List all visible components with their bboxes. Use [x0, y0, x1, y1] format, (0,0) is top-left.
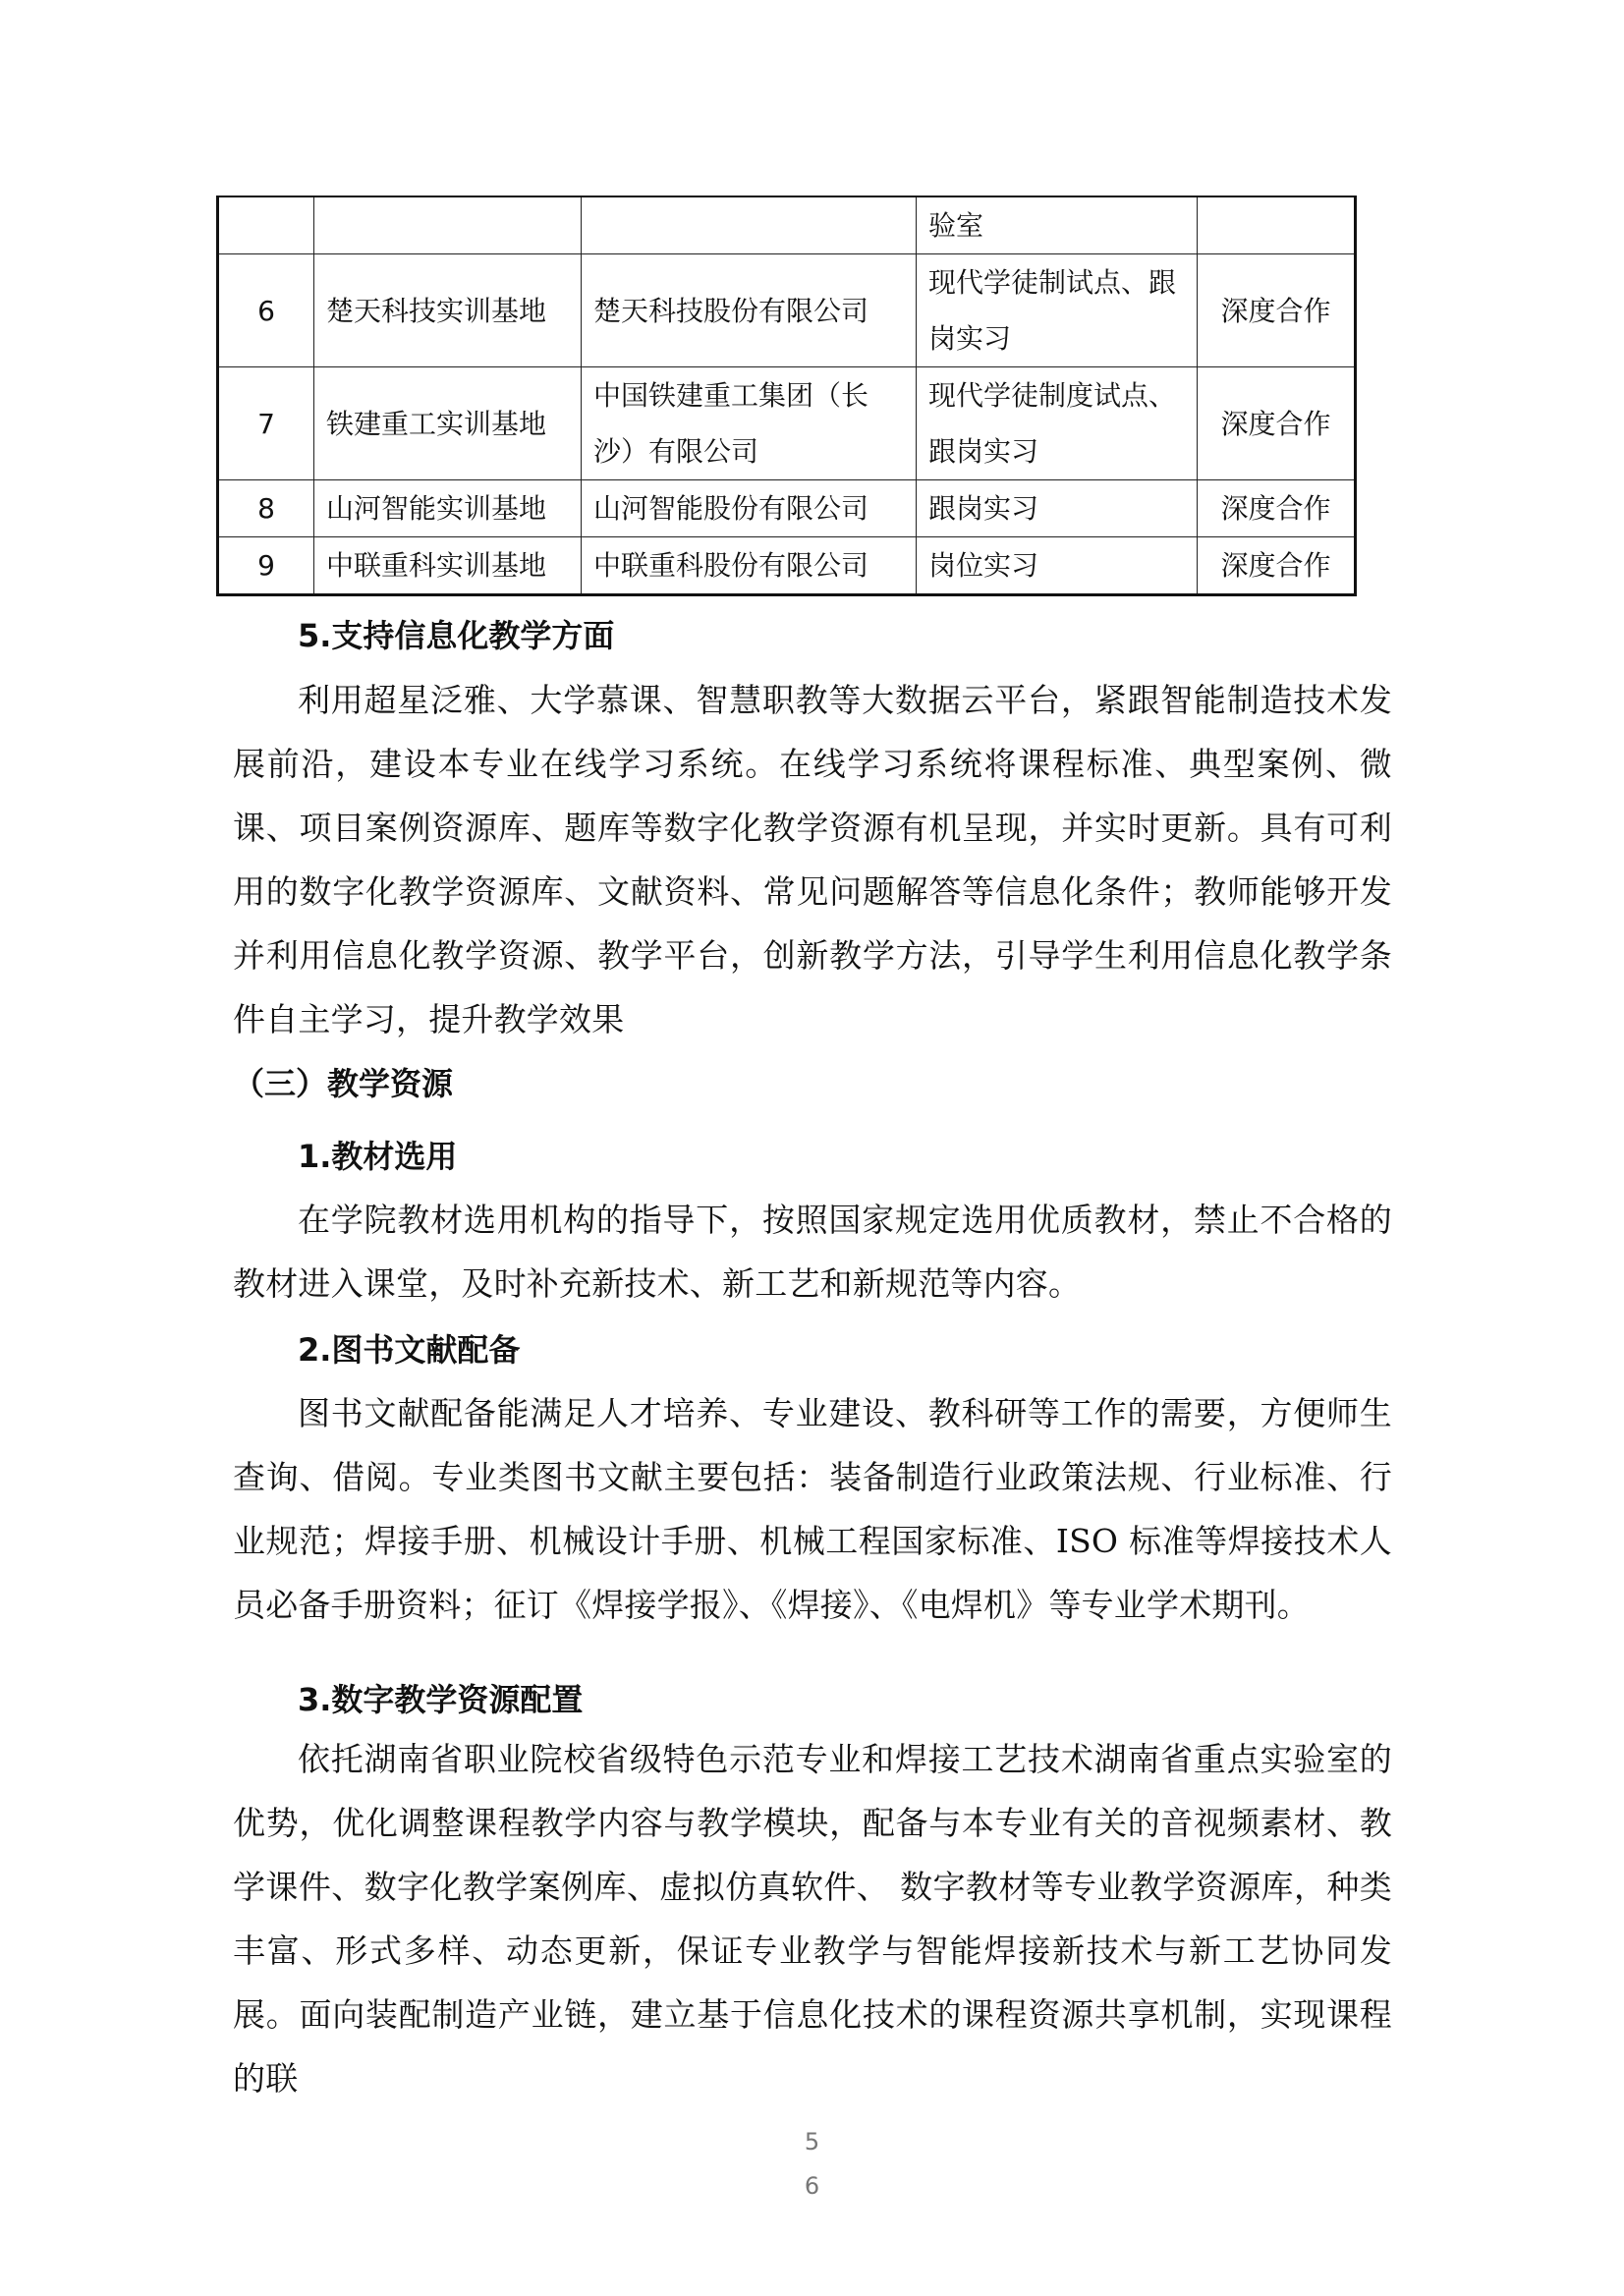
- training-base-table: 验室 6 楚天科技实训基地 楚天科技股份有限公司 现代学徒制试点、跟岗实习 深度…: [216, 196, 1357, 596]
- page-number-secondary: 6: [0, 2172, 1624, 2200]
- cell-no: 7: [218, 367, 314, 480]
- cell-no: 8: [218, 480, 314, 537]
- cell-base: [314, 196, 582, 254]
- cell-company: [582, 196, 917, 254]
- cell-mode: 深度合作: [1198, 254, 1356, 367]
- cell-no: 9: [218, 537, 314, 595]
- paragraph-info-teaching: 利用超星泛雅、大学慕课、智慧职教等大数据云平台，紧跟智能制造技术发展前沿，建设本…: [233, 668, 1392, 1051]
- cell-function: 跟岗实习: [917, 480, 1198, 537]
- cell-function: 现代学徒制试点、跟岗实习: [917, 254, 1198, 367]
- cell-mode: 深度合作: [1198, 480, 1356, 537]
- cell-base: 楚天科技实训基地: [314, 254, 582, 367]
- chapter-heading-teaching-resources: （三）教学资源: [233, 1064, 453, 1103]
- cell-company: 中国铁建重工集团（长沙）有限公司: [582, 367, 917, 480]
- table-row: 验室: [218, 196, 1356, 254]
- paragraph-library: 图书文献配备能满足人才培养、专业建设、教科研等工作的需要，方便师生查询、借阅。专…: [233, 1381, 1392, 1637]
- cell-mode: 深度合作: [1198, 367, 1356, 480]
- table-row: 7 铁建重工实训基地 中国铁建重工集团（长沙）有限公司 现代学徒制度试点、跟岗实…: [218, 367, 1356, 480]
- paragraph-textbook: 在学院教材选用机构的指导下，按照国家规定选用优质教材，禁止不合格的教材进入课堂，…: [233, 1188, 1392, 1316]
- cell-base: 中联重科实训基地: [314, 537, 582, 595]
- section-heading-digital-resources: 3.数字教学资源配置: [298, 1680, 583, 1719]
- cell-company: 山河智能股份有限公司: [582, 480, 917, 537]
- section-heading-textbook: 1.教材选用: [298, 1137, 457, 1176]
- paragraph-digital-resources: 依托湖南省职业院校省级特色示范专业和焊接工艺技术湖南省重点实验室的优势，优化调整…: [233, 1727, 1392, 2110]
- cell-mode: 深度合作: [1198, 537, 1356, 595]
- cell-base: 铁建重工实训基地: [314, 367, 582, 480]
- cell-no: 6: [218, 254, 314, 367]
- cell-mode: [1198, 196, 1356, 254]
- table-row: 9 中联重科实训基地 中联重科股份有限公司 岗位实习 深度合作: [218, 537, 1356, 595]
- cell-company: 楚天科技股份有限公司: [582, 254, 917, 367]
- section-heading-info-teaching: 5.支持信息化教学方面: [298, 616, 614, 655]
- cell-function: 现代学徒制度试点、跟岗实习: [917, 367, 1198, 480]
- cell-no: [218, 196, 314, 254]
- cell-function: 岗位实习: [917, 537, 1198, 595]
- cell-base: 山河智能实训基地: [314, 480, 582, 537]
- page-number: 5: [0, 2128, 1624, 2156]
- cell-company: 中联重科股份有限公司: [582, 537, 917, 595]
- table-row: 6 楚天科技实训基地 楚天科技股份有限公司 现代学徒制试点、跟岗实习 深度合作: [218, 254, 1356, 367]
- table-row: 8 山河智能实训基地 山河智能股份有限公司 跟岗实习 深度合作: [218, 480, 1356, 537]
- cell-function: 验室: [917, 196, 1198, 254]
- section-heading-library: 2.图书文献配备: [298, 1330, 520, 1370]
